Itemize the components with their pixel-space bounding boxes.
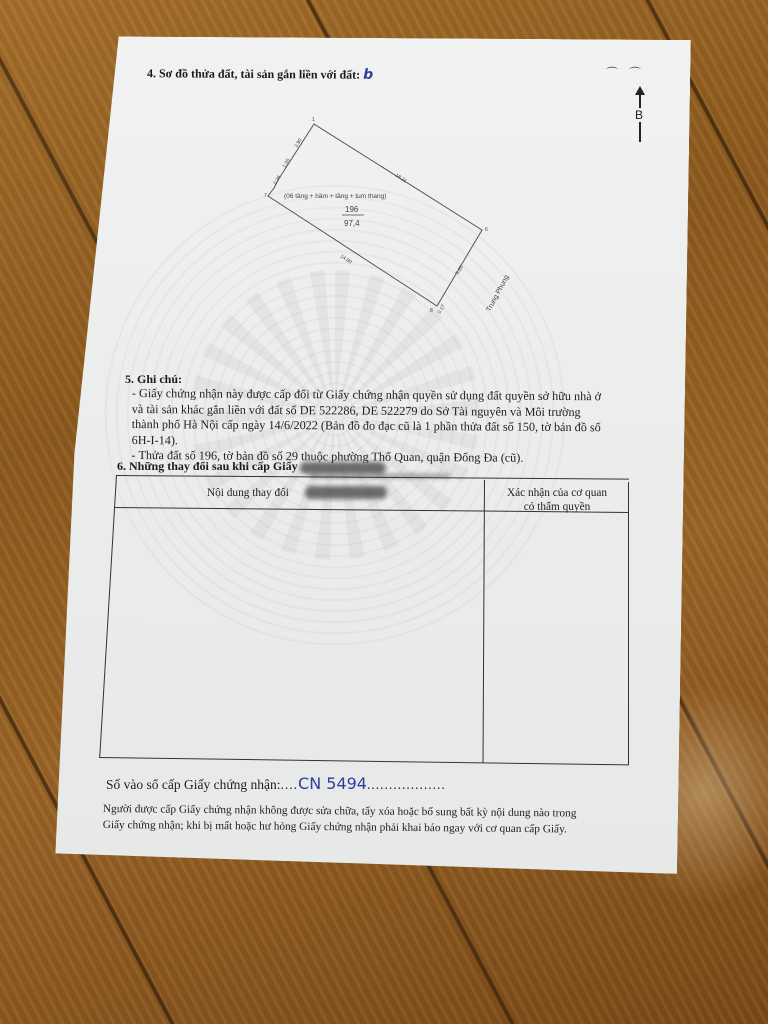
edge-length-bottom: 14.80 <box>339 254 353 266</box>
notes-block: - Giấy chứng nhận này được cấp đổi từ Gi… <box>131 386 601 467</box>
column-header-confirmation: Xác nhận của cơ quan có thẩm quyền <box>487 486 627 514</box>
table-right-border <box>628 482 629 765</box>
redacted-text <box>305 486 387 499</box>
edge-length-left-low: 0.36 <box>273 174 283 186</box>
column-header-line: Xác nhận của cơ quan <box>487 486 627 500</box>
redacted-text <box>300 462 386 474</box>
parcel-sketch: 1 6 8 7 18.21 14.80 5.28 3.90 1.05 0.36 … <box>0 0 768 400</box>
vertex-label: 8 <box>430 308 433 314</box>
building-note: (06 tầng + hầm + tầng + tum thang) <box>284 191 386 200</box>
column-header-line: có thẩm quyền <box>487 500 627 514</box>
vertex-label: 7 <box>264 193 267 199</box>
street-name: Trung Phụng <box>486 274 511 313</box>
parcel-boundary <box>268 124 482 306</box>
parcel-number: 196 <box>345 205 359 214</box>
edge-length-top: 18.21 <box>394 173 408 185</box>
parcel-area: 97,4 <box>344 219 360 228</box>
footer-note: Người được cấp Giấy chứng nhận không đượ… <box>103 801 577 838</box>
section-6-title: 6. Những thay đổi sau khi cấp Giấy <box>117 459 298 474</box>
column-header-changes: Nội dung thay đổi <box>207 486 289 501</box>
registry-line: Số vào sổ cấp Giấy chứng nhận:....CN 549… <box>106 774 446 793</box>
registry-number: CN 5494 <box>298 774 367 793</box>
edge-length-left-mid: 1.05 <box>282 157 292 169</box>
edge-length-corner: 0.17 <box>437 303 447 315</box>
note-line: thành phố Hà Nội cấp ngày 14/6/2022 (Bản… <box>132 417 601 436</box>
vertex-label: 6 <box>485 227 488 233</box>
edge-length-right: 5.28 <box>455 264 465 276</box>
section-5-title: 5. Ghi chú: <box>125 372 182 387</box>
vertex-label: 1 <box>312 117 315 123</box>
registry-label: Số vào sổ cấp Giấy chứng nhận: <box>106 777 281 792</box>
